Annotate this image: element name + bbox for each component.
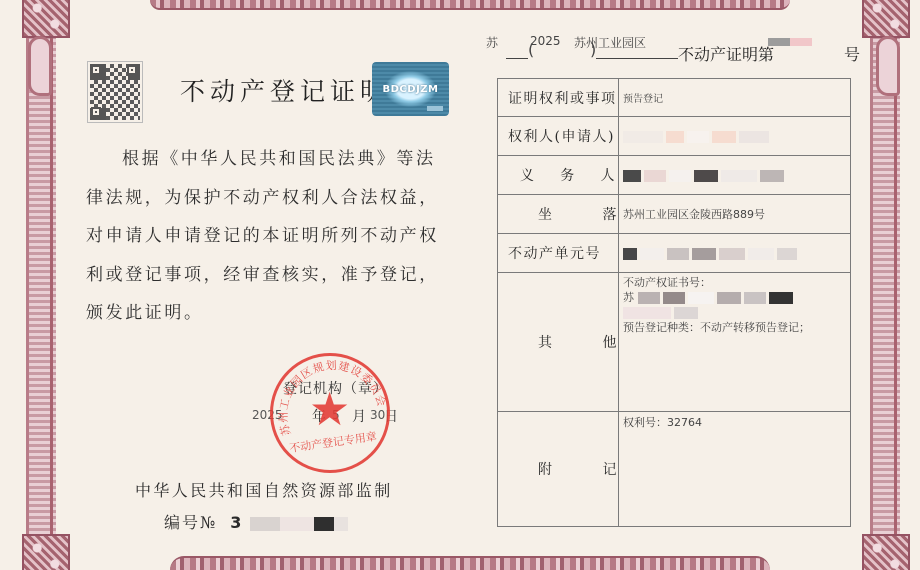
redacted-block — [623, 248, 637, 260]
row-label-unit-number: 不动产单元号 — [498, 234, 619, 273]
ornament-corner-icon — [22, 0, 70, 38]
row-label-obligor: 义 务 人 — [498, 156, 619, 195]
registration-table: 证明权利或事项 预告登记 权利人(申请人) 义 务 人 坐 落 苏州工业园区金陵… — [497, 78, 851, 527]
right-number: 权利号：32764 — [623, 414, 850, 430]
redacted-block — [694, 170, 718, 182]
official-seal: 苏州工业园区规划建设委员会 ★ 不动产登记专用章 — [270, 353, 390, 473]
redacted-block — [768, 38, 812, 46]
label-char: 义 — [520, 165, 536, 185]
table-row: 其 他 不动产权证书号： 苏 预告登记种类：不动产转移预告登记； — [498, 273, 851, 412]
redacted-block — [739, 131, 769, 143]
scroll-flourish-icon — [876, 36, 900, 96]
row-value-obligee — [619, 117, 851, 156]
ornament-corner-icon — [862, 534, 910, 570]
redacted-block — [644, 170, 666, 182]
scroll-flourish-icon — [28, 36, 52, 96]
redacted-block — [688, 292, 714, 304]
ornamental-border-top — [150, 0, 790, 10]
row-label-remarks: 附 记 — [498, 412, 619, 527]
cert-number-suffix: 号 — [844, 42, 860, 65]
label-char: 记 — [603, 459, 619, 479]
label-char: 务 — [560, 165, 576, 185]
cert-number-label: 不动产证明第 — [678, 42, 774, 65]
row-value-remarks: 权利号：32764 — [619, 412, 851, 527]
supervisor-text: 中华人民共和国自然资源部监制 — [135, 478, 393, 501]
ornament-corner-icon — [22, 534, 70, 570]
redacted-block — [666, 131, 684, 143]
ornamental-border-bottom — [170, 556, 770, 570]
serial-visible-digit: 3 — [230, 513, 243, 532]
redacted-block — [744, 292, 766, 304]
cert-no-prefix: 苏 — [623, 291, 634, 304]
table-row: 坐 落 苏州工业园区金陵西路889号 — [498, 195, 851, 234]
blank-underline — [506, 58, 528, 59]
redacted-block — [669, 170, 691, 182]
preamble-text: 根据《中华人民共和国民法典》等法律法规，为保护不动产权利人合法权益，对申请人申请… — [86, 140, 446, 333]
row-value-location: 苏州工业园区金陵西路889号 — [619, 195, 851, 234]
row-value-other: 不动产权证书号： 苏 预告登记种类：不动产转移预告登记； — [619, 273, 851, 412]
cert-province: 苏 — [486, 34, 498, 51]
redacted-block — [638, 292, 660, 304]
redacted-block — [674, 307, 698, 319]
cert-no-line: 苏 — [623, 290, 850, 305]
redacted-block — [692, 248, 716, 260]
row-value-obligor — [619, 156, 851, 195]
label-char: 落 — [603, 204, 619, 224]
hologram-text: BDCDJZM — [383, 84, 439, 95]
seal-star-icon: ★ — [309, 386, 350, 432]
row-label-other: 其 他 — [498, 273, 619, 412]
redacted-block — [721, 170, 757, 182]
redacted-block — [717, 292, 741, 304]
redacted-block — [719, 248, 745, 260]
ornament-corner-icon — [862, 0, 910, 38]
label-char: 其 — [538, 332, 554, 352]
row-label-obligee: 权利人(申请人) — [498, 117, 619, 156]
ornamental-border-left — [26, 30, 56, 535]
row-label-location: 坐 落 — [498, 195, 619, 234]
notice-type: 预告登记种类：不动产转移预告登记； — [623, 320, 850, 335]
qr-code-icon — [88, 62, 142, 122]
row-value-right-or-matter: 预告登记 — [619, 79, 851, 117]
label-char: 附 — [538, 459, 554, 479]
cert-district: 苏州工业园区 — [574, 34, 646, 51]
cert-no-line-2 — [623, 305, 850, 320]
redacted-block — [623, 170, 641, 182]
redacted-block — [663, 292, 685, 304]
serial-number: 编号№ 3 — [164, 510, 348, 533]
redacted-block — [712, 131, 736, 143]
redacted-block — [623, 131, 663, 143]
serial-label: 编号№ — [164, 513, 217, 532]
label-char: 坐 — [538, 204, 554, 224]
redacted-block — [667, 248, 689, 260]
redacted-block — [640, 248, 664, 260]
cert-no-label: 不动产权证书号： — [623, 275, 850, 290]
redacted-block — [334, 517, 348, 531]
redacted-block — [777, 248, 797, 260]
document-title: 不动产登记证明 — [180, 72, 390, 108]
row-label-right-or-matter: 证明权利或事项 — [498, 79, 619, 117]
certificate-number-header: 苏 ( 2025 ) 苏州工业园区 不动产证明第 号 — [486, 34, 866, 66]
table-row: 证明权利或事项 预告登记 — [498, 79, 851, 117]
hologram-tag-icon — [427, 106, 443, 111]
hologram-security-label: BDCDJZM — [372, 62, 449, 116]
redacted-block — [280, 517, 314, 531]
redacted-block — [760, 170, 784, 182]
label-char: 他 — [603, 332, 619, 352]
blank-underline — [596, 58, 678, 59]
table-row: 权利人(申请人) — [498, 117, 851, 156]
redacted-block — [748, 248, 774, 260]
label-char: 人 — [601, 165, 617, 185]
redacted-block — [623, 307, 671, 319]
table-row: 不动产单元号 — [498, 234, 851, 273]
redacted-block — [250, 517, 280, 531]
ornamental-border-right — [870, 30, 900, 535]
redacted-block — [687, 131, 709, 143]
cert-year: 2025 — [530, 34, 561, 48]
table-row: 附 记 权利号：32764 — [498, 412, 851, 527]
row-value-unit-number — [619, 234, 851, 273]
table-row: 义 务 人 — [498, 156, 851, 195]
redacted-block — [314, 517, 334, 531]
redacted-block — [769, 292, 793, 304]
